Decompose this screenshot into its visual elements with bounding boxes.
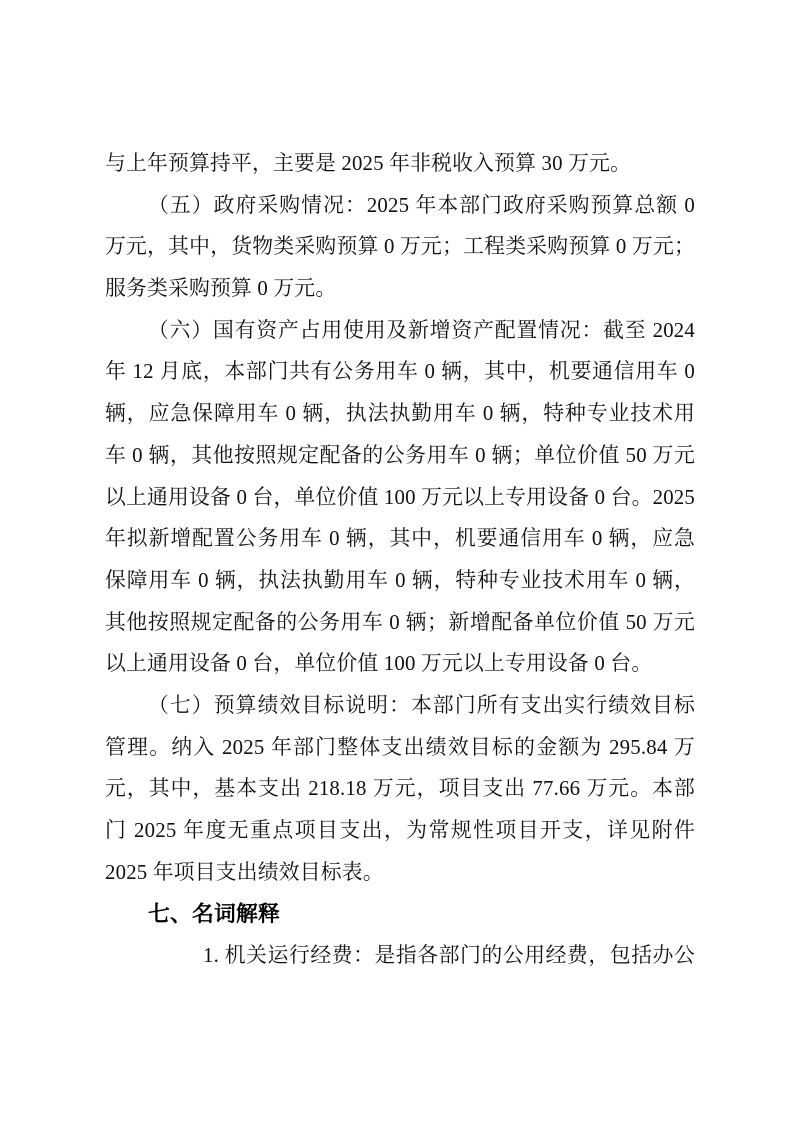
text-line: 管理。纳入 2025 年部门整体支出绩效目标的金额为 295.84 万 (105, 727, 695, 769)
text-line: 以上通用设备 0 台，单位价值 100 万元以上专用设备 0 台。 (105, 643, 695, 685)
document-body: 与上年预算持平，主要是 2025 年非税收入预算 30 万元。 （五）政府采购情… (105, 143, 695, 977)
document-page: { "page": { "background_color": "#ffffff… (0, 0, 793, 1122)
text-line: （七）预算绩效目标说明：本部门所有支出实行绩效目标 (105, 685, 695, 727)
text-line: 元，其中，基本支出 218.18 万元，项目支出 77.66 万元。本部 (105, 768, 695, 810)
text-line: 与上年预算持平，主要是 2025 年非税收入预算 30 万元。 (105, 143, 695, 185)
text-line: 辆，应急保障用车 0 辆，执法执勤用车 0 辆，特种专业技术用 (105, 393, 695, 435)
text-line: 服务类采购预算 0 万元。 (105, 268, 695, 310)
text-line: 2025 年项目支出绩效目标表。 (105, 852, 695, 894)
text-line: （五）政府采购情况：2025 年本部门政府采购预算总额 0 (105, 185, 695, 227)
text-line: 以上通用设备 0 台，单位价值 100 万元以上专用设备 0 台。2025 (105, 477, 695, 519)
text-line: 保障用车 0 辆，执法执勤用车 0 辆，特种专业技术用车 0 辆， (105, 560, 695, 602)
text-line: 车 0 辆，其他按照规定配备的公务用车 0 辆；单位价值 50 万元 (105, 435, 695, 477)
text-line: 年 12 月底，本部门共有公务用车 0 辆，其中，机要通信用车 0 (105, 351, 695, 393)
text-line: 1. 机关运行经费：是指各部门的公用经费，包括办公 (105, 935, 695, 977)
text-line: 门 2025 年度无重点项目支出，为常规性项目开支，详见附件 (105, 810, 695, 852)
text-line: 万元，其中，货物类采购预算 0 万元；工程类采购预算 0 万元； (105, 226, 695, 268)
text-line: 年拟新增配置公务用车 0 辆，其中，机要通信用车 0 辆，应急 (105, 518, 695, 560)
text-line: （六）国有资产占用使用及新增资产配置情况：截至 2024 (105, 310, 695, 352)
text-line: 其他按照规定配备的公务用车 0 辆；新增配备单位价值 50 万元 (105, 602, 695, 644)
section-heading: 七、名词解释 (105, 893, 695, 935)
